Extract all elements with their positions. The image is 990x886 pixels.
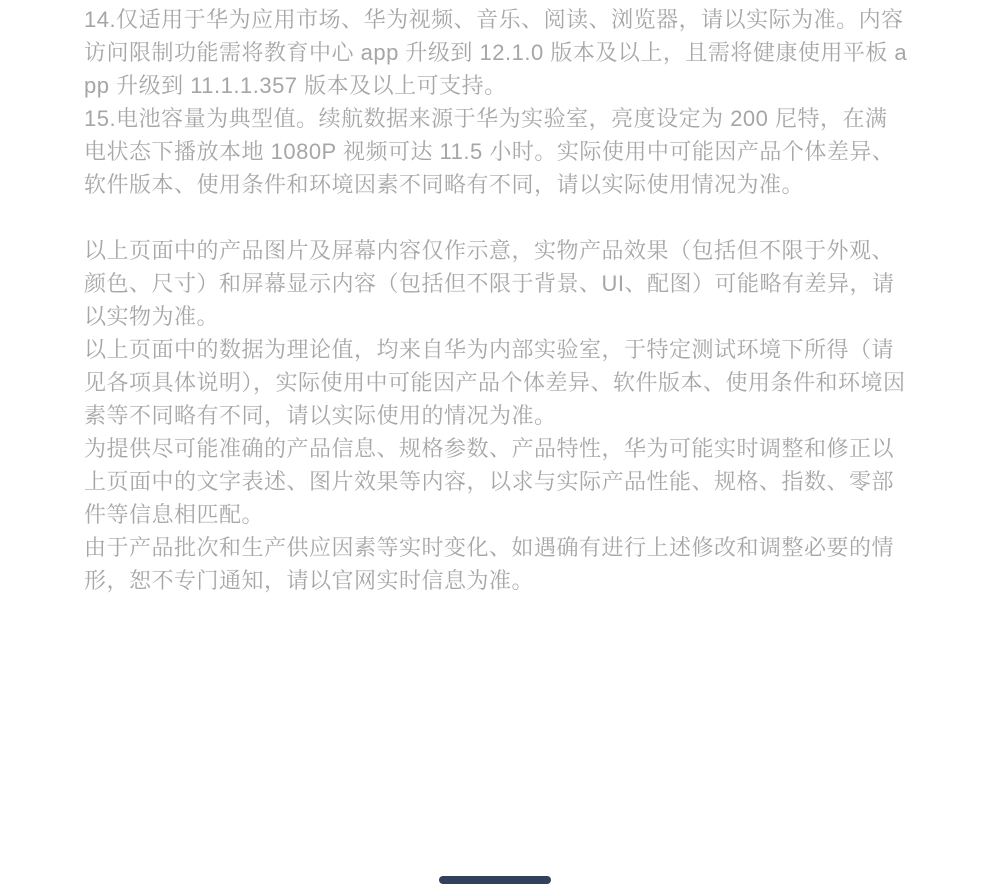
note-paragraph-14: 14.仅适用于华为应用市场、华为视频、音乐、阅读、浏览器，请以实际为准。内容访问… <box>84 3 908 102</box>
disclaimer-paragraph-adjustment: 为提供尽可能准确的产品信息、规格参数、产品特性，华为可能实时调整和修正以上页面中… <box>84 432 908 531</box>
disclaimer-paragraph-images: 以上页面中的产品图片及屏幕内容仅作示意，实物产品效果（包括但不限于外观、颜色、尺… <box>84 234 908 333</box>
note-paragraph-15: 15.电池容量为典型值。续航数据来源于华为实验室，亮度设定为 200 尼特，在满… <box>84 102 908 201</box>
disclaimer-content: 14.仅适用于华为应用市场、华为视频、音乐、阅读、浏览器，请以实际为准。内容访问… <box>84 3 908 597</box>
disclaimer-paragraph-supply: 由于产品批次和生产供应因素等实时变化、如遇确有进行上述修改和调整必要的情形，恕不… <box>84 531 908 597</box>
disclaimer-paragraph-data: 以上页面中的数据为理论值，均来自华为内部实验室，于特定测试环境下所得（请见各项具… <box>84 333 908 432</box>
paragraph-spacer <box>84 201 908 234</box>
bottom-indicator-bar <box>439 876 551 884</box>
disclaimer-page: 14.仅适用于华为应用市场、华为视频、音乐、阅读、浏览器，请以实际为准。内容访问… <box>0 0 990 886</box>
